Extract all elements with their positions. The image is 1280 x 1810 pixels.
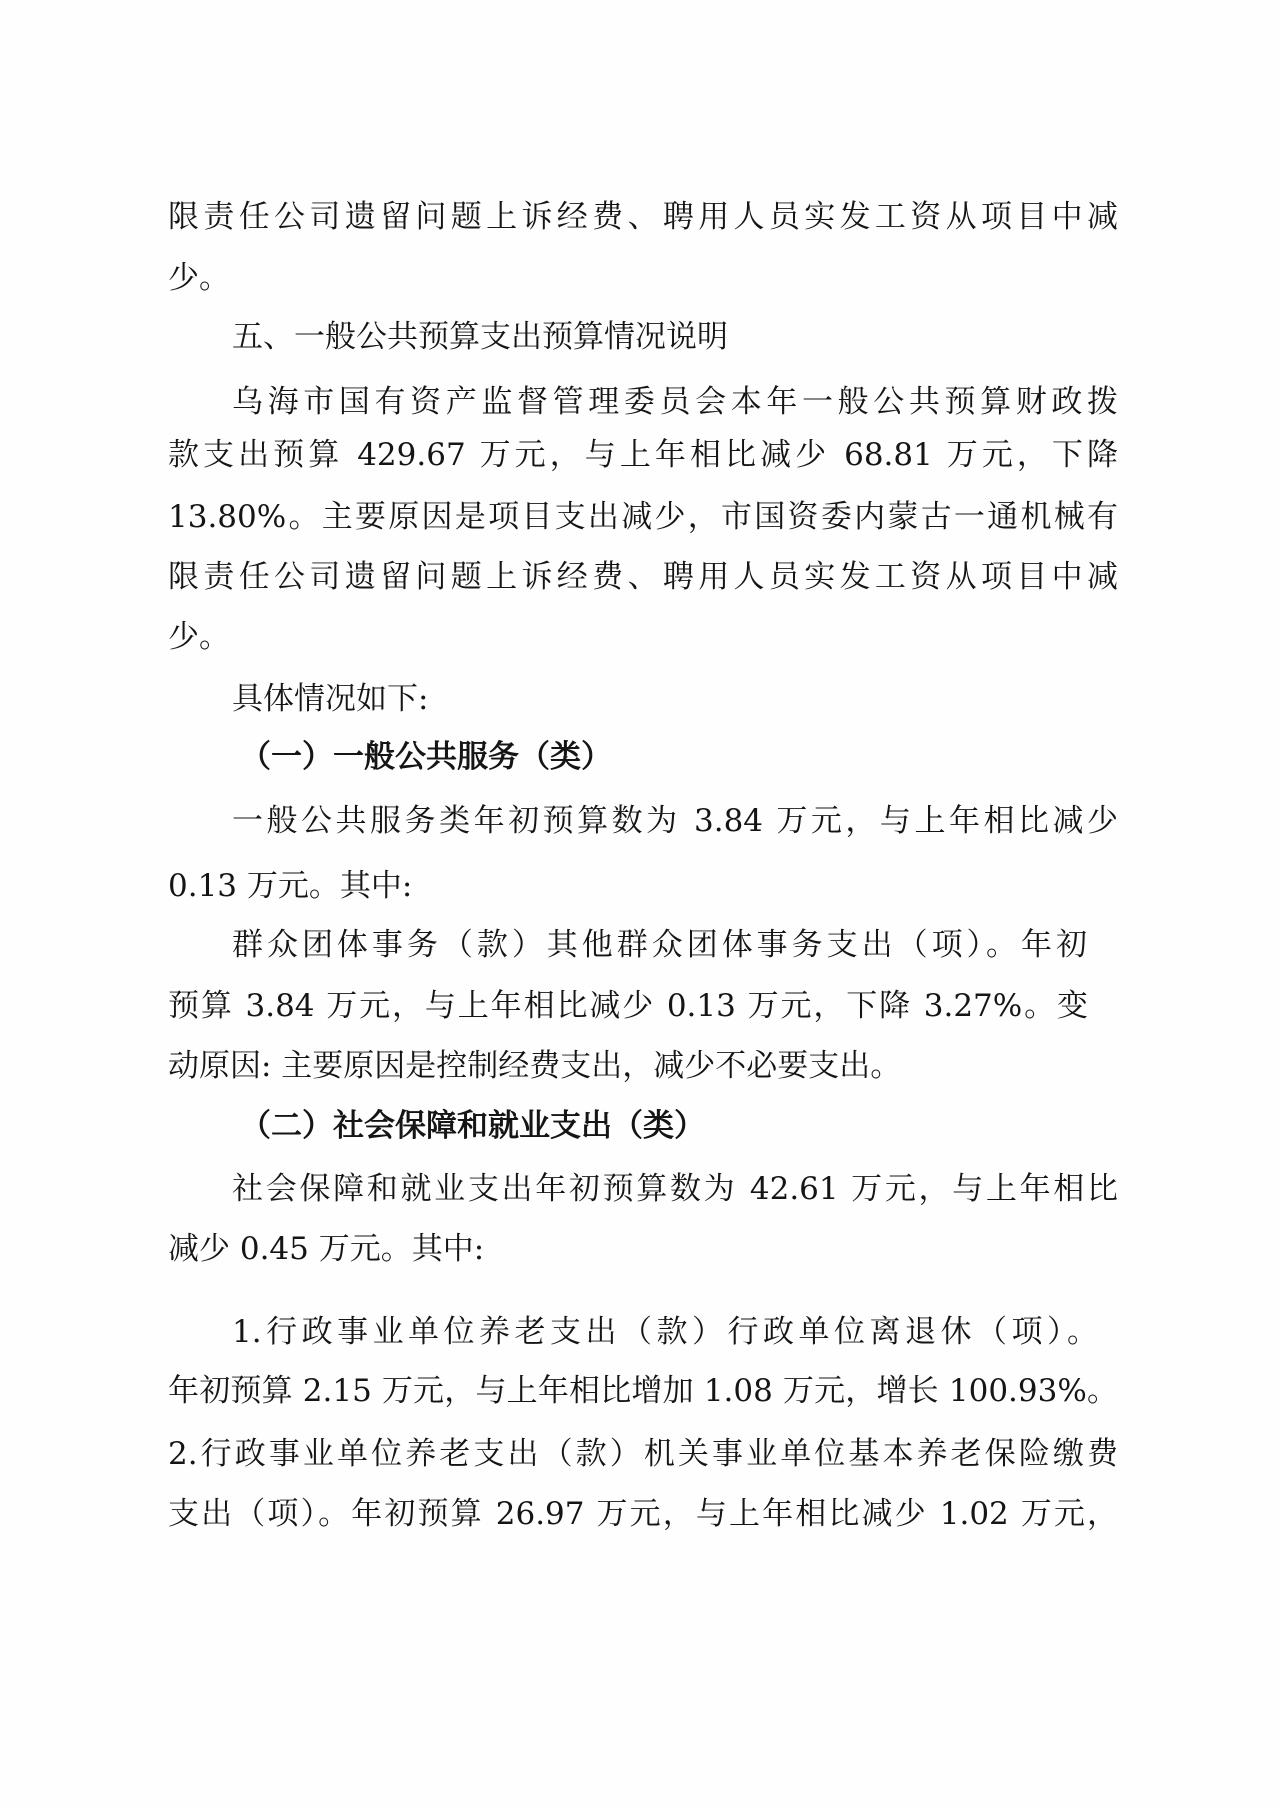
- paragraph-line: 群众团体事务（款）其他群众团体事务支出（项）。年初: [232, 922, 1087, 968]
- paragraph-line: 限责任公司遗留问题上诉经费、聘用人员实发工资从项目中减: [168, 194, 1118, 240]
- paragraph-line: 0.13 万元。其中:: [168, 863, 1118, 909]
- paragraph-line: 款支出预算 429.67 万元，与上年相比减少 68.81 万元，下降: [168, 432, 1118, 478]
- document-page: 限责任公司遗留问题上诉经费、聘用人员实发工资从项目中减 少。 五、一般公共预算支…: [0, 0, 1280, 1810]
- paragraph-line: 减少 0.45 万元。其中:: [168, 1226, 1118, 1272]
- paragraph-line: 动原因: 主要原因是控制经费支出，减少不必要支出。: [168, 1043, 1118, 1089]
- paragraph-line: 1.行政事业单位养老支出（款）行政单位离退休（项）。: [232, 1309, 1098, 1355]
- paragraph-line: 年初预算 2.15 万元，与上年相比增加 1.08 万元，增长 100.93%。: [168, 1368, 1118, 1414]
- paragraph-line: 限责任公司遗留问题上诉经费、聘用人员实发工资从项目中减: [168, 554, 1118, 600]
- section-heading: 五、一般公共预算支出预算情况说明: [232, 314, 1118, 360]
- paragraph-line: 支出（项）。年初预算 26.97 万元，与上年相比减少 1.02 万元，: [168, 1491, 1118, 1537]
- paragraph-line: 一般公共服务类年初预算数为 3.84 万元，与上年相比减少: [232, 798, 1118, 844]
- paragraph-line: 乌海市国有资产监督管理委员会本年一般公共预算财政拨: [232, 379, 1118, 425]
- paragraph-line: 2.行政事业单位养老支出（款）机关事业单位基本养老保险缴费: [168, 1431, 1118, 1477]
- paragraph-line: 社会保障和就业支出年初预算数为 42.61 万元，与上年相比: [232, 1166, 1118, 1212]
- subsection-heading: （二）社会保障和就业支出（类）: [240, 1103, 1190, 1149]
- paragraph-line: 预算 3.84 万元，与上年相比减少 0.13 万元，下降 3.27%。变: [168, 983, 1088, 1029]
- paragraph-line: 13.80%。主要原因是项目支出减少，市国资委内蒙古一通机械有: [168, 494, 1118, 540]
- subsection-heading: （一）一般公共服务（类）: [240, 734, 1190, 780]
- paragraph-line: 少。: [168, 255, 1118, 301]
- paragraph-line: 具体情况如下:: [232, 676, 1118, 722]
- paragraph-line: 少。: [168, 614, 1118, 660]
